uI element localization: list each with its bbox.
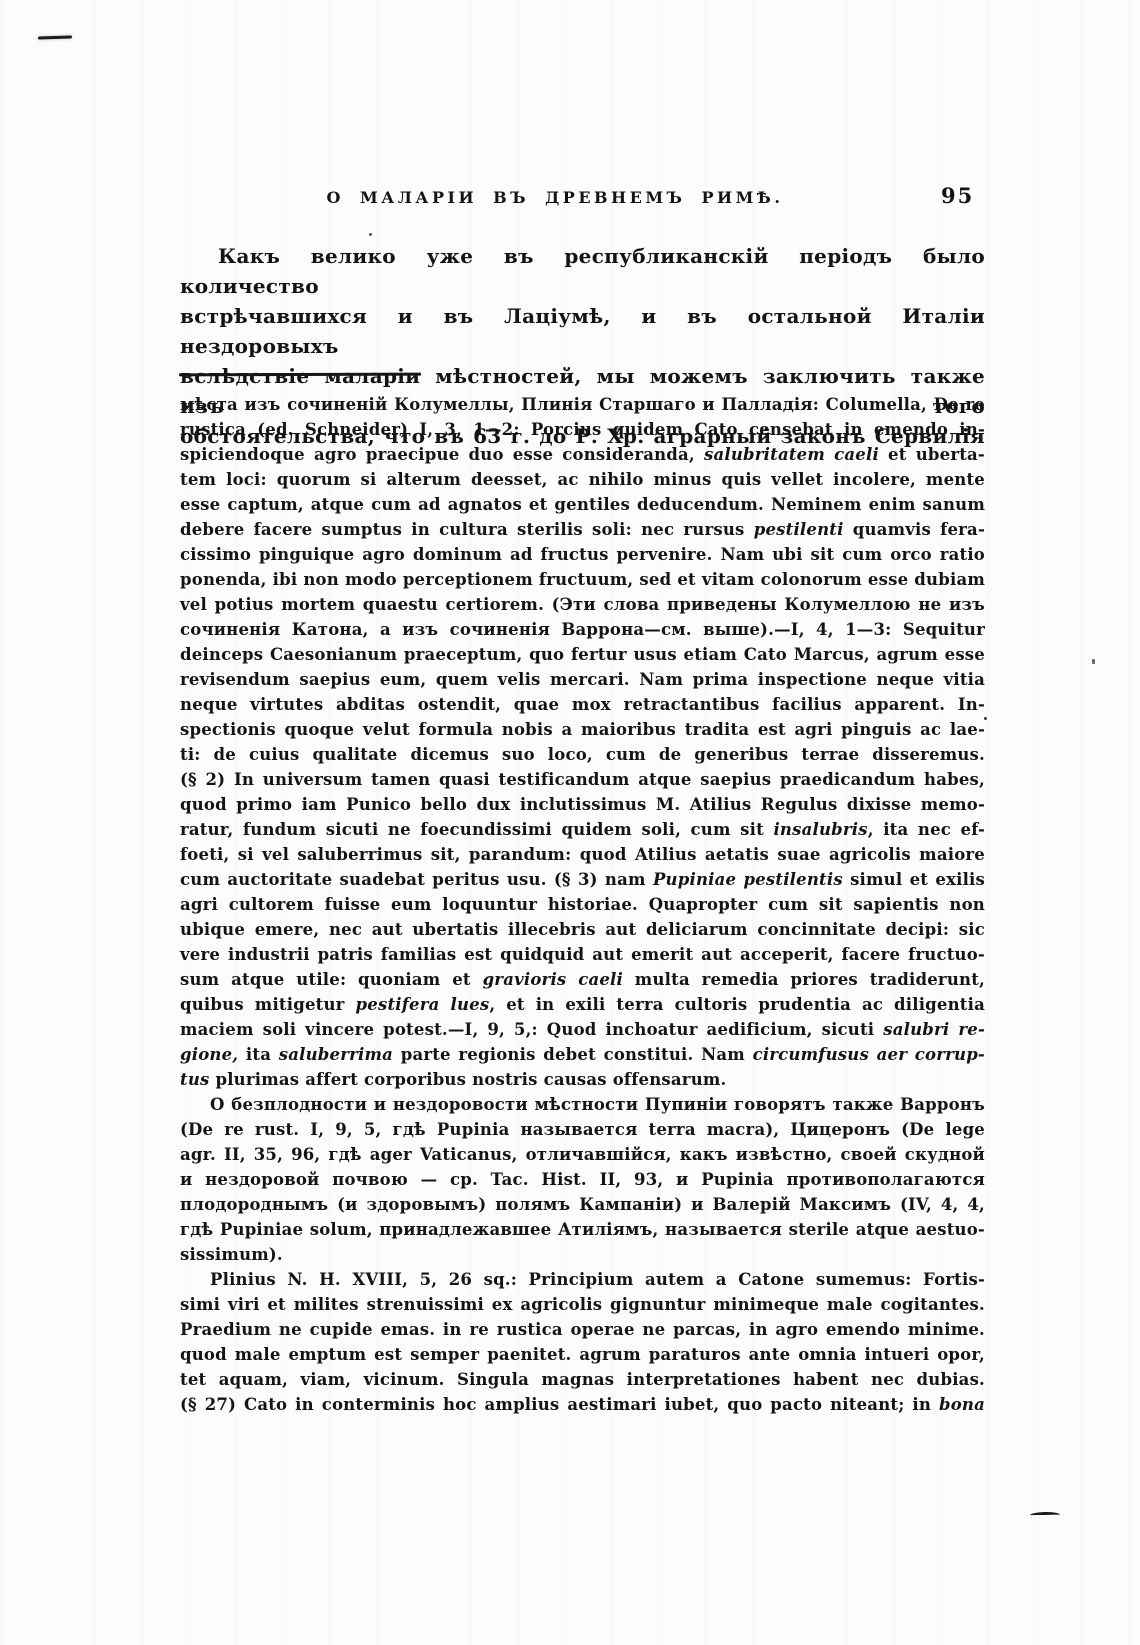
footnote-line: neque virtutes abditas ostendit, quae mo… (180, 692, 985, 717)
text-segment: quod primo iam Punico bello dux inclutis… (180, 795, 985, 814)
scan-speck (1092, 659, 1095, 664)
text-segment: deinceps Caesonianum praeceptum, quo fer… (180, 645, 985, 664)
footnote-line: quod male emptum est semper paenitet. ag… (180, 1342, 985, 1367)
italic-phrase: tus (180, 1070, 210, 1089)
text-segment: quibus mitigetur (180, 995, 356, 1014)
text-segment: plurimas affert corporibus nostris causa… (210, 1070, 727, 1089)
text-segment: cissimo pinguique agro dominum ad fructu… (180, 545, 985, 564)
footnote-line: ratur, fundum sicuti ne foecundissimi qu… (180, 817, 985, 842)
footnote-line: О безплодности и нездоровости мѣстности … (180, 1092, 985, 1117)
italic-phrase: gravioris caeli (483, 970, 623, 989)
text-segment: плодороднымъ (и здоровымъ) полямъ Кампан… (180, 1195, 985, 1214)
text-segment: et uberta- (879, 445, 985, 464)
footnote-line: ubique emere, nec aut ubertatis illecebr… (180, 917, 985, 942)
footnote-line: cum auctoritate suadebat peritus usu. (§… (180, 867, 985, 892)
text-segment: esse captum, atque cum ad agnatos et gen… (180, 495, 985, 514)
text-segment: sum atque utile: quoniam et (180, 970, 483, 989)
footnote-line: tus plurimas affert corporibus nostris c… (180, 1067, 985, 1092)
text-segment: Praedium ne cupide emas. in re rustica o… (180, 1320, 985, 1339)
page-number: 95 (941, 183, 974, 208)
ink-curve-mark (1030, 1512, 1060, 1519)
footnote-line: vere industrii patris familias est quidq… (180, 942, 985, 967)
text-segment: agri cultorem fuisse eum loquuntur histo… (180, 895, 985, 914)
italic-phrase: salubri re- (883, 1020, 985, 1039)
footnote-line: deinceps Caesonianum praeceptum, quo fer… (180, 642, 985, 667)
footnote-line: ti: de cuius qualitate dicemus suo loco,… (180, 742, 985, 767)
text-segment: tem loci: quorum si alterum deesset, ac … (180, 470, 985, 489)
footnote-line: Praedium ne cupide emas. in re rustica o… (180, 1317, 985, 1342)
text-segment: quamvis fera- (844, 520, 985, 539)
footnote-line: spectionis quoque velut formula nobis a … (180, 717, 985, 742)
text-segment: ponenda, ibi non modo perceptionem fruct… (180, 570, 985, 589)
text-segment: spiciendoque agro praecipue duo esse con… (180, 445, 704, 464)
text-segment: maciem soli vincere potest.—I, 9, 5,: Qu… (180, 1020, 883, 1039)
footnote-line: simi viri et milites strenuissimi ex agr… (180, 1292, 985, 1317)
text-segment: , et in exili terra cultoris prudentia a… (489, 995, 985, 1014)
footnote-line: vel potius mortem quaestu certiorem. (Эт… (180, 592, 985, 617)
footnote-line: revisendum saepius eum, quem velis merca… (180, 667, 985, 692)
text-segment: tet aquam, viam, vicinum. Singula magnas… (180, 1370, 985, 1389)
text-segment: spectionis quoque velut formula nobis a … (180, 720, 985, 739)
text-segment: sissimum). (180, 1245, 283, 1264)
text-segment: ratur, fundum sicuti ne foecundissimi qu… (180, 820, 773, 839)
text-segment: vel potius mortem quaestu certiorem. (Эт… (180, 595, 985, 614)
text-segment: vere industrii patris familias est quidq… (180, 945, 985, 964)
text-segment: neque virtutes abditas ostendit, quae mo… (180, 695, 985, 714)
text-segment: и нездоровой почвою — ср. Tac. Hist. II,… (180, 1170, 985, 1189)
scan-speck (369, 233, 372, 236)
text-segment: сочиненія Катона, а изъ сочиненія Варрон… (180, 620, 985, 639)
footnote-line: (§ 27) Cato in conterminis hoc amplius a… (180, 1392, 985, 1417)
text-segment: , ita nec ef- (868, 820, 985, 839)
footnote-line: maciem soli vincere potest.—I, 9, 5,: Qu… (180, 1017, 985, 1042)
italic-phrase: insalubris (773, 820, 867, 839)
ink-dash-mark (38, 35, 72, 39)
italic-phrase: bona (939, 1395, 985, 1414)
text-segment: ita (238, 1045, 279, 1064)
footnote-line: esse captum, atque cum ad agnatos et gen… (180, 492, 985, 517)
footnote-line: agri cultorem fuisse eum loquuntur histo… (180, 892, 985, 917)
footnote-line: debere facere sumptus in cultura sterili… (180, 517, 985, 542)
footnote-line: sum atque utile: quoniam et gravioris ca… (180, 967, 985, 992)
text-segment: quod male emptum est semper paenitet. ag… (180, 1345, 985, 1364)
text-segment: (§ 27) Cato in conterminis hoc amplius a… (180, 1395, 939, 1414)
main-text-line: встрѣчавшихся и въ Лаціумѣ, и въ остальн… (180, 301, 985, 361)
text-segment: foeti, si vel saluberrimus sit, parandum… (180, 845, 985, 864)
main-text-line: Какъ велико уже въ республиканскій періо… (180, 241, 985, 301)
footnote-block: мѣста изъ сочиненій Колумеллы, Плинія Ст… (180, 392, 985, 1417)
book-page: О МАЛАРІИ ВЪ ДРЕВНЕМЪ РИМѢ. 95 Какъ вели… (0, 0, 1140, 1645)
italic-phrase: gione, (180, 1045, 238, 1064)
text-segment: multa remedia priores tradiderunt, (623, 970, 985, 989)
text-segment: мѣста изъ сочиненій Колумеллы, Плинія Ст… (180, 395, 985, 414)
footnote-line: (De re rust. I, 9, 5, гдѣ Pupinia называ… (180, 1117, 985, 1142)
text-segment: ubique emere, nec aut ubertatis illecebr… (180, 920, 985, 939)
text-segment: parte regionis debet constitui. Nam (393, 1045, 753, 1064)
text-segment: Plinius N. H. XVIII, 5, 26 sq.: Principi… (210, 1270, 985, 1289)
italic-phrase: saluberrima (279, 1045, 393, 1064)
footnote-line: rustica (ed. Schneider) I, 3, 1—2: Porci… (180, 417, 985, 442)
text-segment: (§ 2) In universum tamen quasi testifica… (180, 770, 985, 789)
footnote-line: cissimo pinguique agro dominum ad fructu… (180, 542, 985, 567)
footnote-line: (§ 2) In universum tamen quasi testifica… (180, 767, 985, 792)
footnote-line: мѣста изъ сочиненій Колумеллы, Плинія Ст… (180, 392, 985, 417)
italic-phrase: pestilenti (754, 520, 844, 539)
italic-phrase: Pupiniae pestilentis (653, 870, 843, 889)
footnote-line: tem loci: quorum si alterum deesset, ac … (180, 467, 985, 492)
text-segment: revisendum saepius eum, quem velis merca… (180, 670, 985, 689)
text-segment: О безплодности и нездоровости мѣстности … (210, 1095, 985, 1114)
text-segment: (De re rust. I, 9, 5, гдѣ Pupinia называ… (180, 1120, 985, 1139)
footnote-line: плодороднымъ (и здоровымъ) полямъ Кампан… (180, 1192, 985, 1217)
footnote-line: gione, ita saluberrima parte regionis de… (180, 1042, 985, 1067)
footnote-line: quibus mitigetur pestifera lues, et in e… (180, 992, 985, 1017)
footnote-line: tet aquam, viam, vicinum. Singula magnas… (180, 1367, 985, 1392)
footnote-line: agr. II, 35, 96, гдѣ ager Vaticanus, отл… (180, 1142, 985, 1167)
text-segment: гдѣ Pupiniae solum, принадлежавшее Атилі… (180, 1220, 985, 1239)
footnote-line: гдѣ Pupiniae solum, принадлежавшее Атилі… (180, 1217, 985, 1242)
italic-phrase: salubritatem caeli (704, 445, 879, 464)
footnote-line: sissimum). (180, 1242, 985, 1267)
footnote-line: ponenda, ibi non modo perceptionem fruct… (180, 567, 985, 592)
italic-phrase: pestifera lues (356, 995, 490, 1014)
text-segment: simul et exilis (843, 870, 985, 889)
footnote-line: сочиненія Катона, а изъ сочиненія Варрон… (180, 617, 985, 642)
running-title: О МАЛАРІИ ВЪ ДРЕВНЕМЪ РИМѢ. (180, 188, 930, 207)
text-segment: debere facere sumptus in cultura sterili… (180, 520, 754, 539)
text-segment: agr. II, 35, 96, гдѣ ager Vaticanus, отл… (180, 1145, 985, 1164)
footnote-line: и нездоровой почвою — ср. Tac. Hist. II,… (180, 1167, 985, 1192)
text-segment: rustica (ed. Schneider) I, 3, 1—2: Porci… (180, 420, 985, 439)
text-segment: ti: de cuius qualitate dicemus suo loco,… (180, 745, 985, 764)
italic-phrase: circumfusus aer corrup- (753, 1045, 985, 1064)
text-segment: cum auctoritate suadebat peritus usu. (§… (180, 870, 653, 889)
footnote-separator (179, 373, 421, 377)
footnote-line: foeti, si vel saluberrimus sit, parandum… (180, 842, 985, 867)
text-segment: simi viri et milites strenuissimi ex agr… (180, 1295, 985, 1314)
footnote-line: spiciendoque agro praecipue duo esse con… (180, 442, 985, 467)
footnote-line: quod primo iam Punico bello dux inclutis… (180, 792, 985, 817)
footnote-line: Plinius N. H. XVIII, 5, 26 sq.: Principi… (180, 1267, 985, 1292)
